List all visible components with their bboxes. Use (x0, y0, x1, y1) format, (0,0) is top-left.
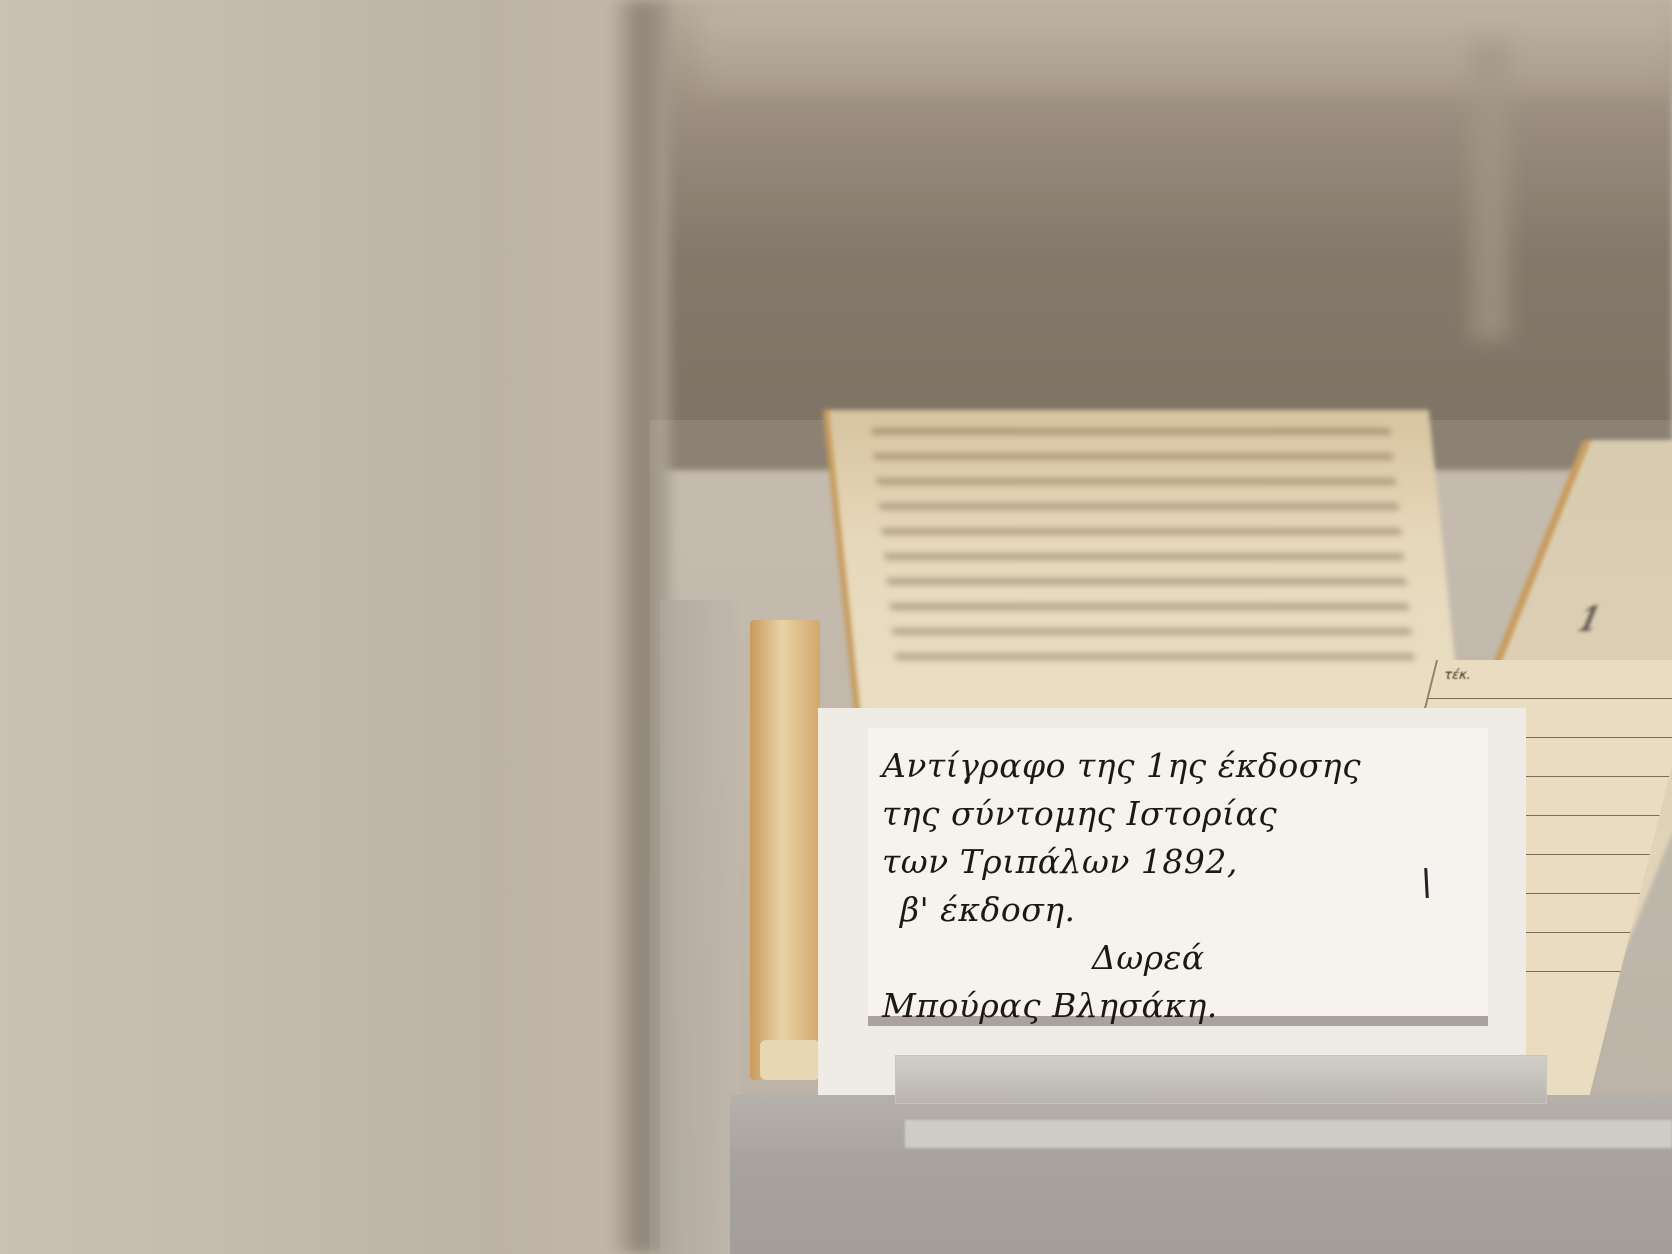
acrylic-label-stand (895, 1055, 1547, 1104)
back-wall-highlight (700, 0, 1672, 90)
text-line (871, 428, 1392, 435)
gallery-wall (0, 0, 620, 1254)
label-line: β' έκδοση. (882, 886, 1502, 934)
text-line (873, 453, 1394, 460)
label-line: Αντίγραφο της 1ης έκδοσης (882, 742, 1502, 790)
text-line (884, 553, 1405, 560)
case-ledge-reflection (905, 1120, 1672, 1148)
book-spine (750, 620, 820, 1080)
ledger-cell: τέκ. (1442, 668, 1472, 683)
back-wall-pillar (1470, 40, 1510, 340)
page-glyph: 1 (1570, 600, 1608, 640)
text-line (892, 628, 1413, 635)
label-line: Δωρεά (882, 934, 1502, 982)
label-line: των Τριπάλων 1892, (882, 838, 1502, 886)
book-frayed-edge (760, 1040, 820, 1080)
case-side-panel (660, 600, 740, 1254)
text-line (878, 503, 1399, 510)
text-line (889, 603, 1410, 610)
label-line: της σύντομης Ιστορίας (882, 790, 1502, 838)
text-line (886, 578, 1407, 585)
ledger-row: τέκ. (1428, 660, 1672, 699)
text-line (894, 653, 1415, 660)
text-line (876, 478, 1397, 485)
label-line: Μπούρας Βλησάκη. (882, 982, 1502, 1030)
label-text: Αντίγραφο της 1ης έκδοσης της σύντομης Ι… (882, 742, 1502, 1030)
case-front-panel (730, 1150, 1672, 1254)
manuscript-page (823, 410, 1464, 740)
museum-display-scene: 1 τέκ. υν. χτά ? Αντίγραφο της 1ης έκδοσ… (0, 0, 1672, 1254)
text-line (881, 528, 1402, 535)
